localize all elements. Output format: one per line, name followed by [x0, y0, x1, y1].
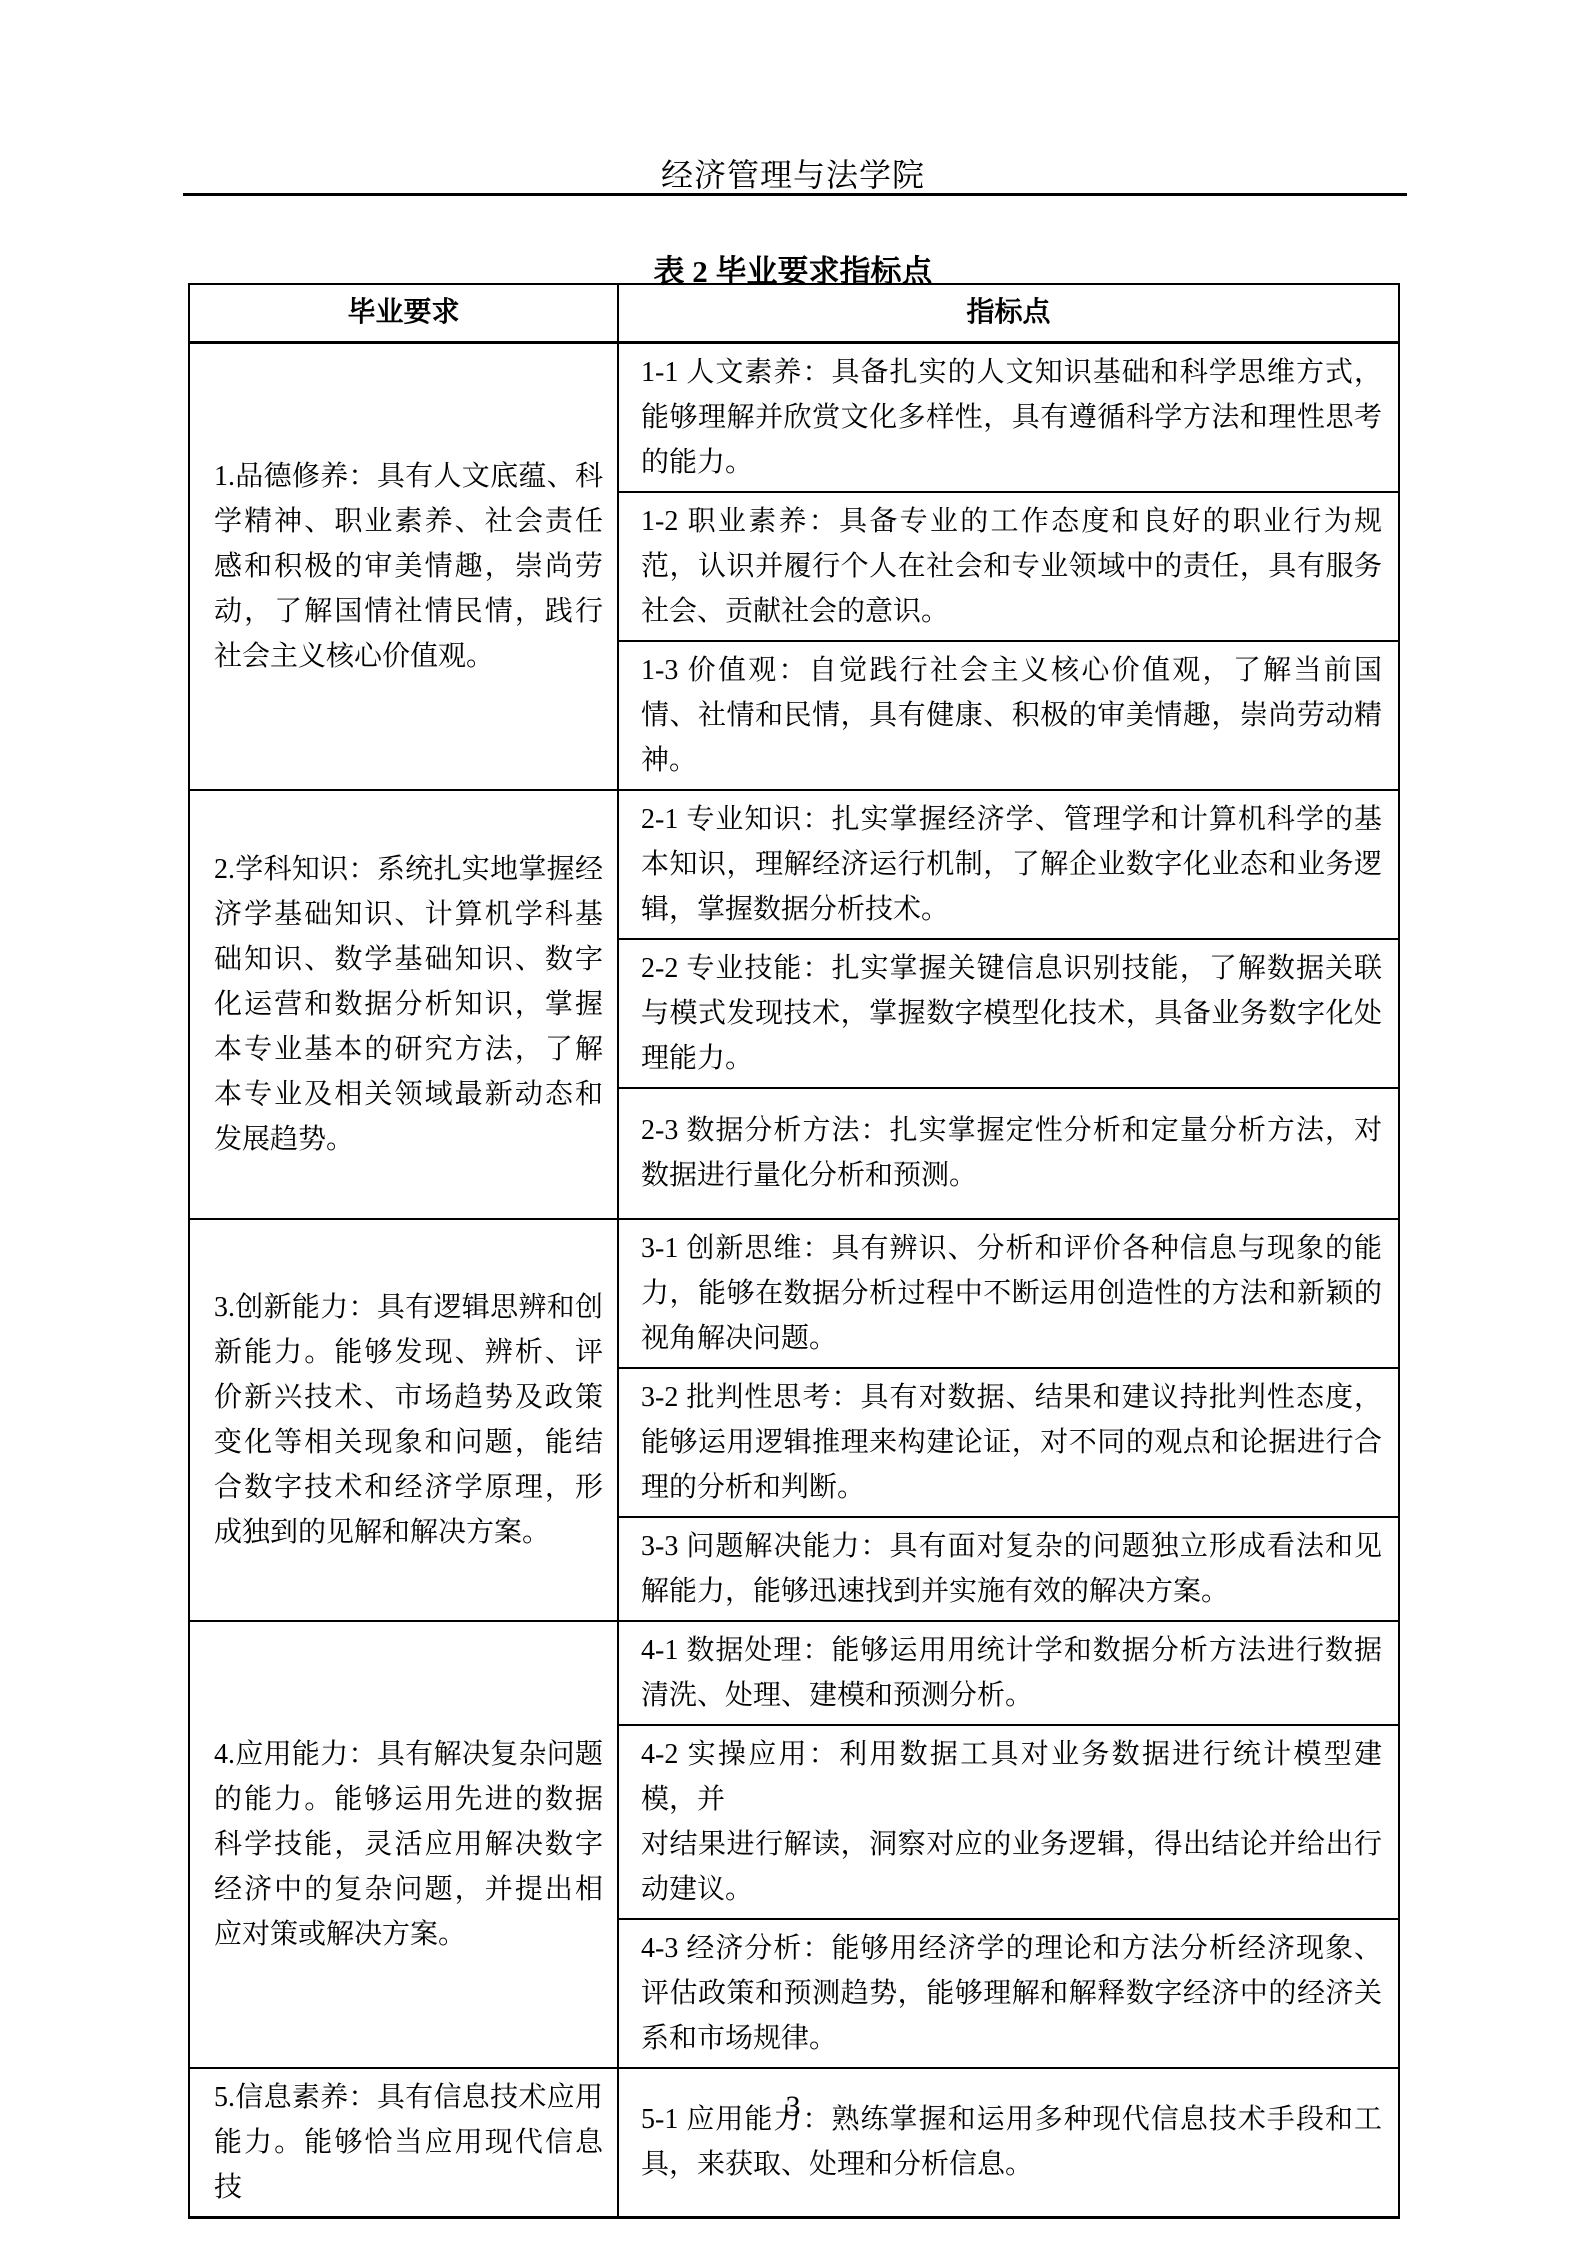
indicator-cell-4-1: 4-1 数据处理：能够运用用统计学和数据分析方法进行数据清洗、处理、建模和预测分… — [618, 1621, 1399, 1725]
indicator-cell-4-2: 4-2 实操应用：利用数据工具对业务数据进行统计模型建模，并 对结果进行解读，洞… — [618, 1725, 1399, 1919]
table-row: 4.应用能力：具有解决复杂问题的能力。能够运用先进的数据科学技能，灵活应用解决数… — [189, 1621, 1399, 1725]
table-row: 3.创新能力：具有逻辑思辨和创新能力。能够发现、辨析、评价新兴技术、市场趋势及政… — [189, 1219, 1399, 1368]
header-divider — [183, 193, 1407, 196]
indicator-cell-1-2: 1-2 职业素养：具备专业的工作态度和良好的职业行为规范，认识并履行个人在社会和… — [618, 492, 1399, 641]
indicator-cell-1-3: 1-3 价值观：自觉践行社会主义核心价值观，了解当前国情、社情和民情，具有健康、… — [618, 641, 1399, 790]
graduation-requirements-table: 毕业要求 指标点 1.品德修养：具有人文底蕴、科学精神、职业素养、社会责任感和积… — [188, 283, 1400, 2219]
indicator-cell-3-2: 3-2 批判性思考：具有对数据、结果和建议持批判性态度，能够运用逻辑推理来构建论… — [618, 1368, 1399, 1517]
document-page: 经济管理与法学院 表 2 毕业要求指标点 毕业要求 指标点 1.品德修养：具有人… — [0, 0, 1586, 2245]
indicator-cell-2-2: 2-2 专业技能：扎实掌握关键信息识别技能，了解数据关联与模式发现技术，掌握数字… — [618, 939, 1399, 1088]
requirement-cell-4: 4.应用能力：具有解决复杂问题的能力。能够运用先进的数据科学技能，灵活应用解决数… — [189, 1621, 618, 2068]
table-row: 2.学科知识：系统扎实地掌握经济学基础知识、计算机学科基础知识、数学基础知识、数… — [189, 790, 1399, 939]
indicator-cell-3-1: 3-1 创新思维：具有辨识、分析和评价各种信息与现象的能力，能够在数据分析过程中… — [618, 1219, 1399, 1368]
column-header-requirement: 毕业要求 — [189, 284, 618, 342]
indicator-cell-2-1: 2-1 专业知识：扎实掌握经济学、管理学和计算机科学的基本知识，理解经济运行机制… — [618, 790, 1399, 939]
requirement-cell-2: 2.学科知识：系统扎实地掌握经济学基础知识、计算机学科基础知识、数学基础知识、数… — [189, 790, 618, 1219]
indicator-cell-4-3: 4-3 经济分析：能够用经济学的理论和方法分析经济现象、评估政策和预测趋势，能够… — [618, 1919, 1399, 2068]
page-number: 3 — [0, 2090, 1586, 2124]
indicator-cell-2-3: 2-3 数据分析方法：扎实掌握定性分析和定量分析方法，对数据进行量化分析和预测。 — [618, 1088, 1399, 1219]
indicator-cell-3-3: 3-3 问题解决能力：具有面对复杂的问题独立形成看法和见解能力，能够迅速找到并实… — [618, 1517, 1399, 1621]
table-header-row: 毕业要求 指标点 — [189, 284, 1399, 342]
requirement-cell-1: 1.品德修养：具有人文底蕴、科学精神、职业素养、社会责任感和积极的审美情趣，崇尚… — [189, 342, 618, 790]
table-row: 1.品德修养：具有人文底蕴、科学精神、职业素养、社会责任感和积极的审美情趣，崇尚… — [189, 342, 1399, 492]
requirement-cell-3: 3.创新能力：具有逻辑思辨和创新能力。能够发现、辨析、评价新兴技术、市场趋势及政… — [189, 1219, 618, 1621]
indicator-cell-1-1: 1-1 人文素养：具备扎实的人文知识基础和科学思维方式，能够理解并欣赏文化多样性… — [618, 342, 1399, 492]
page-header: 经济管理与法学院 — [0, 150, 1586, 196]
column-header-indicator: 指标点 — [618, 284, 1399, 342]
